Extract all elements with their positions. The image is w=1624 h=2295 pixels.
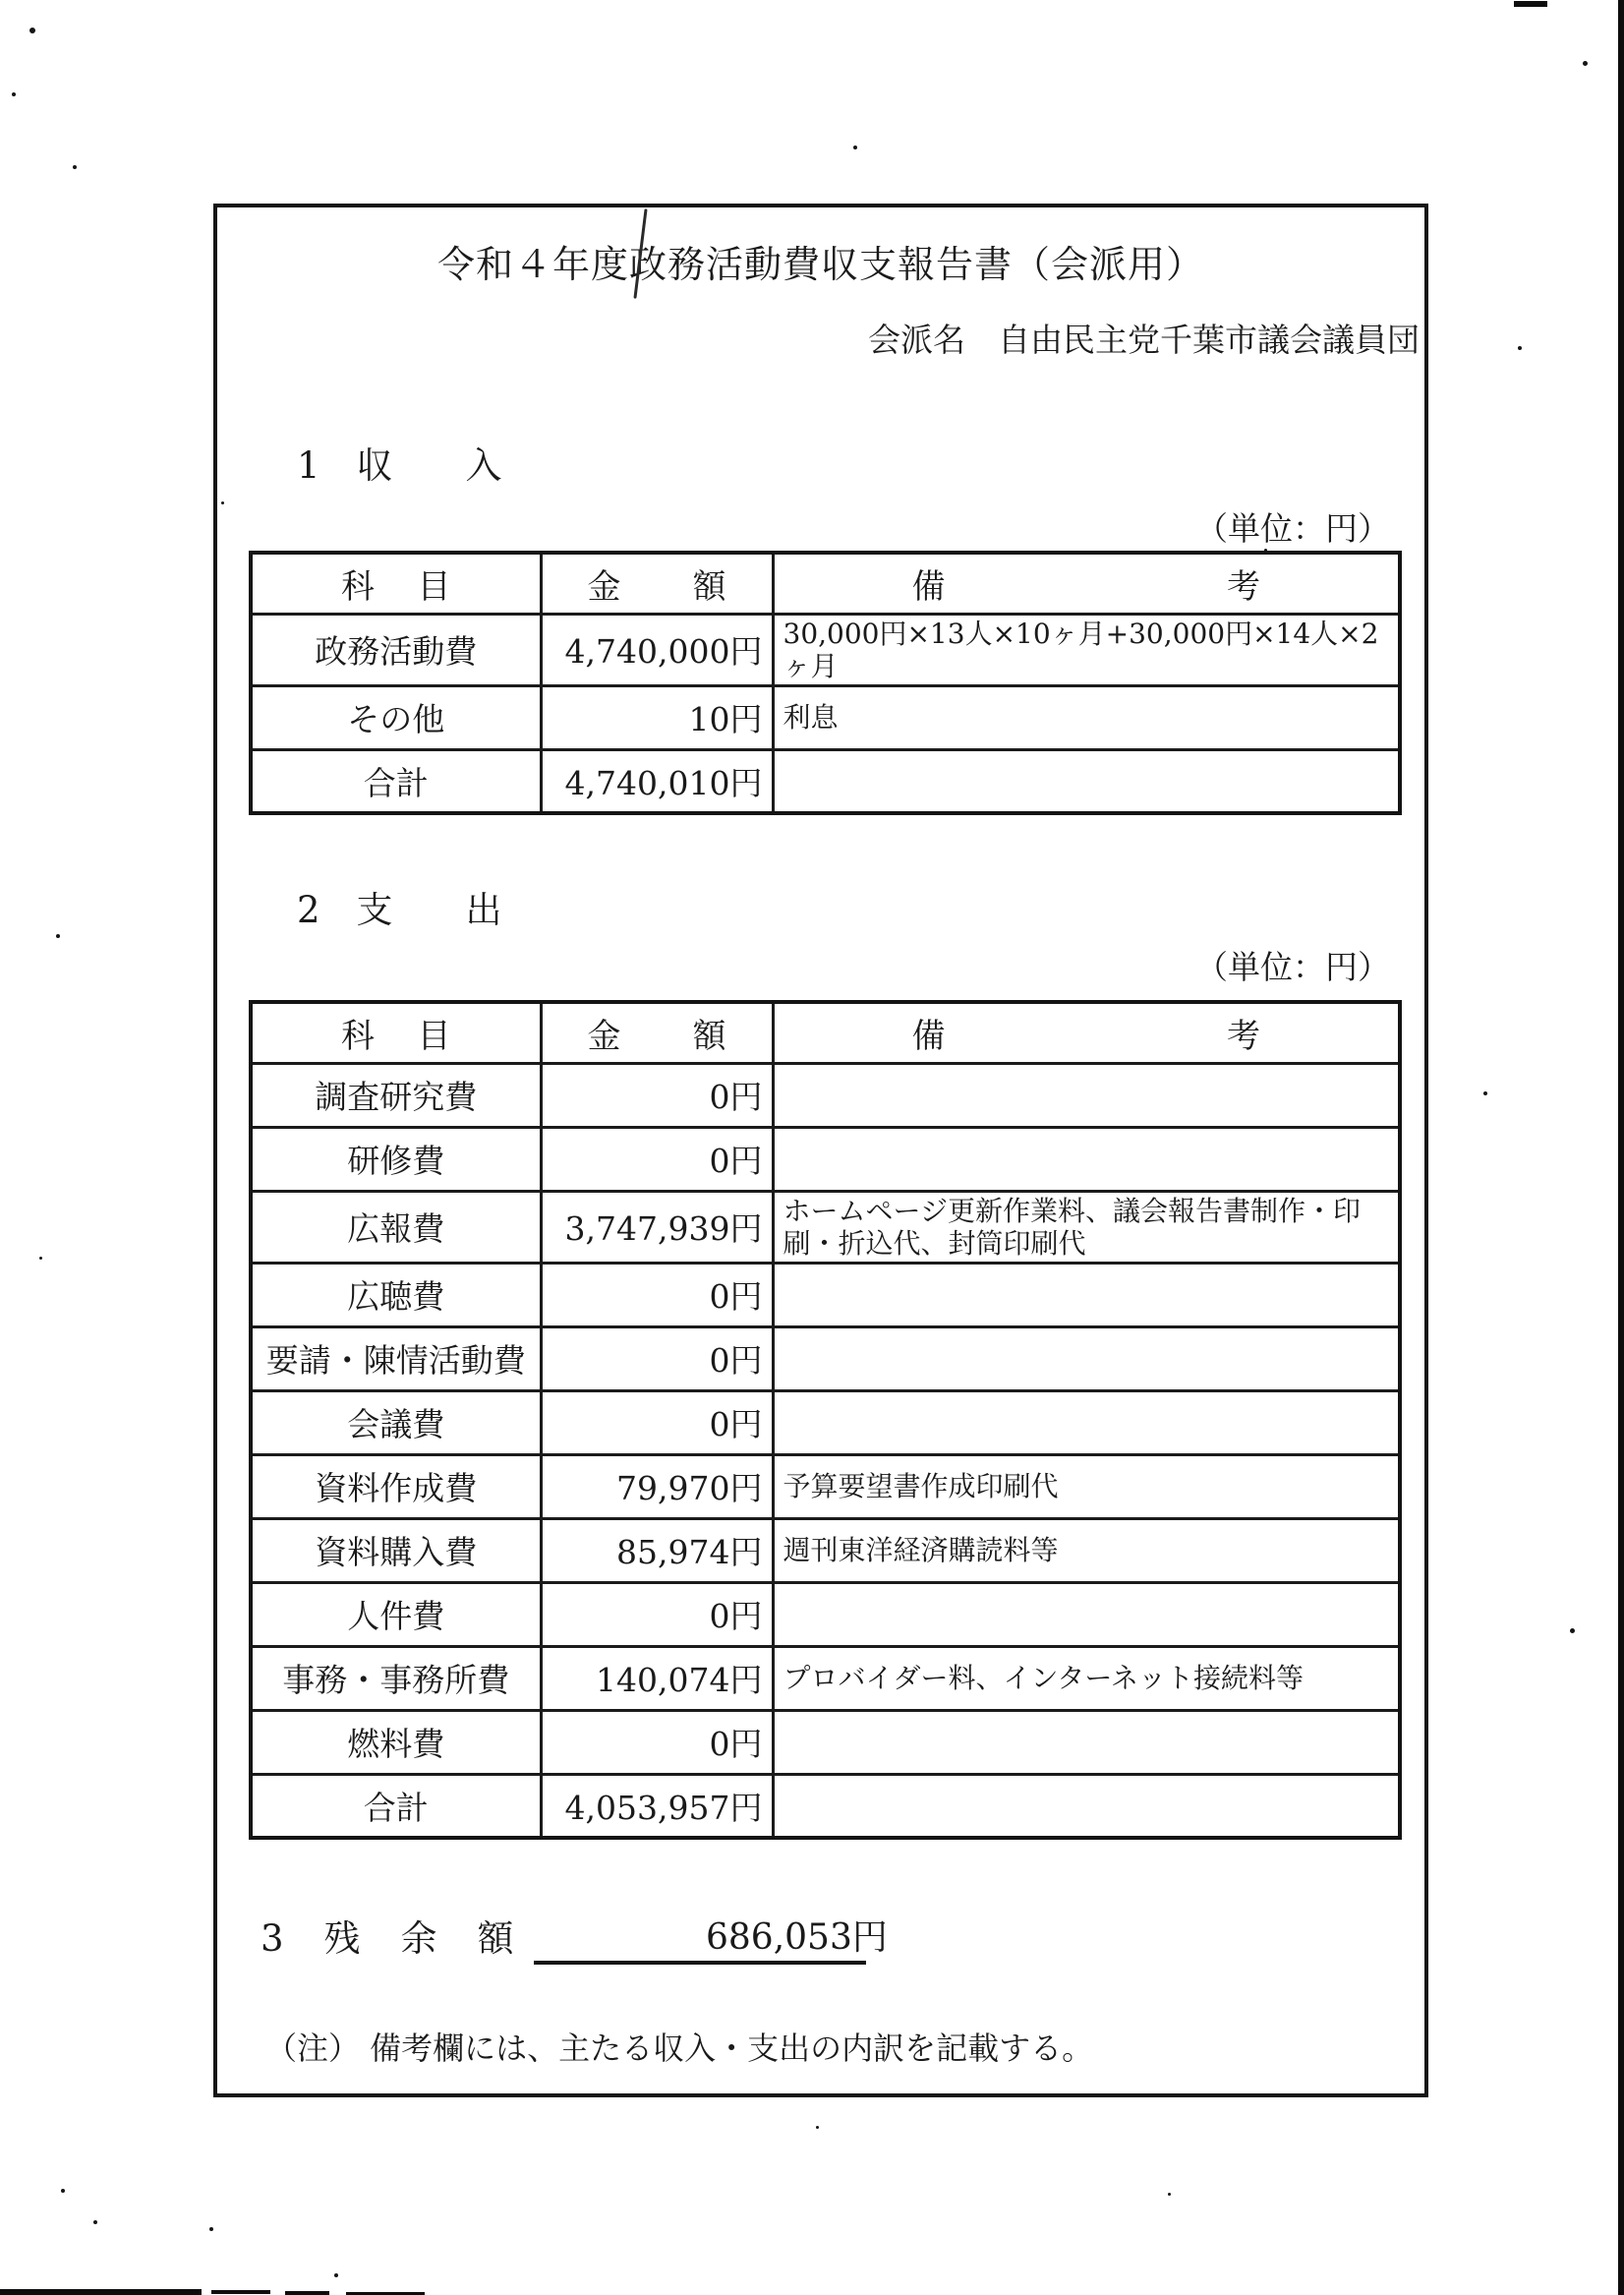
amount-cell: 140,074円 <box>541 1646 773 1710</box>
income-row: 政務活動費 4,740,000円 30,000円×13人×10ヶ月+30,000… <box>251 614 1400 685</box>
subject-cell: 資料購入費 <box>251 1518 541 1582</box>
remark-cell <box>773 1710 1400 1774</box>
expense-row: 要請・陳情活動費 0円 <box>251 1326 1400 1390</box>
amount-cell: 4,740,010円 <box>541 749 773 813</box>
subject-cell: 資料作成費 <box>251 1454 541 1518</box>
expense-col-amount: 金 額 <box>541 1002 773 1063</box>
expense-row: 人件費 0円 <box>251 1582 1400 1646</box>
document-title: 令和４年度政務活動費収支報告書（会派用） <box>213 243 1428 288</box>
subject-cell: 燃料費 <box>251 1710 541 1774</box>
section-heading-expense: 2 支 出 <box>297 880 502 933</box>
scan-speck <box>853 146 857 149</box>
scan-speck <box>61 2189 65 2193</box>
remark-cell: 30,000円×13人×10ヶ月+30,000円×14人×2ヶ月 <box>773 614 1400 685</box>
income-col-amount: 金 額 <box>541 553 773 614</box>
subject-cell: 広聴費 <box>251 1263 541 1326</box>
scan-speck <box>93 2220 97 2224</box>
subject-cell: 広報費 <box>251 1191 541 1263</box>
scan-speck <box>1168 2193 1171 2196</box>
expense-row: 資料購入費 85,974円 週刊東洋経済購読料等 <box>251 1518 1400 1582</box>
expense-row: 燃料費 0円 <box>251 1710 1400 1774</box>
expense-col-remark: 備 考 <box>773 1002 1400 1063</box>
scan-edge-dash <box>285 2291 329 2295</box>
expense-row: 広聴費 0円 <box>251 1263 1400 1326</box>
remark-cell: プロバイダー料、インターネット接続料等 <box>773 1646 1400 1710</box>
balance-underline <box>534 1961 866 1965</box>
expense-row: 研修費 0円 <box>251 1127 1400 1191</box>
scan-speck <box>1583 61 1588 66</box>
unit-label-income: （単位：円） <box>1195 503 1390 550</box>
scan-speck <box>73 165 77 169</box>
scan-speck <box>12 92 16 96</box>
remark-cell <box>773 1127 1400 1191</box>
balance-amount: 686,053円 <box>706 1910 888 1960</box>
income-row: その他 10円 利息 <box>251 685 1400 749</box>
scan-speck <box>29 28 35 33</box>
scan-speck <box>39 1257 42 1260</box>
expense-row: 会議費 0円 <box>251 1390 1400 1454</box>
footnote: （注） 備考欄には、主たる収入・支出の内訳を記載する。 <box>265 2024 1093 2069</box>
remark-cell: 利息 <box>773 685 1400 749</box>
subject-cell: 人件費 <box>251 1582 541 1646</box>
income-col-remark: 備 考 <box>773 553 1400 614</box>
amount-cell: 79,970円 <box>541 1454 773 1518</box>
amount-cell: 0円 <box>541 1582 773 1646</box>
income-col-subject: 科 目 <box>251 553 541 614</box>
section-heading-income: 1 収 入 <box>297 436 502 489</box>
income-table: 科 目 金 額 備 考 政務活動費 4,740,000円 30,000円×13人… <box>249 551 1402 815</box>
amount-cell: 0円 <box>541 1710 773 1774</box>
income-col-amount-label: 金 額 <box>543 559 772 608</box>
remark-cell: 予算要望書作成印刷代 <box>773 1454 1400 1518</box>
scan-speck <box>221 501 224 504</box>
remark-cell <box>773 1263 1400 1326</box>
income-header-row: 科 目 金 額 備 考 <box>251 553 1400 614</box>
scan-edge-dash <box>1514 1 1547 7</box>
scan-edge-bottom <box>0 2289 202 2295</box>
expense-table: 科 目 金 額 備 考 調査研究費 0円 研修費 0円 広報費 3,747,93… <box>249 1000 1402 1840</box>
scan-speck <box>56 934 60 938</box>
subject-cell: 要請・陳情活動費 <box>251 1326 541 1390</box>
amount-cell: 4,740,000円 <box>541 614 773 685</box>
unit-label-expense: （単位：円） <box>1195 942 1390 988</box>
amount-cell: 3,747,939円 <box>541 1191 773 1263</box>
income-total-row: 合計 4,740,010円 <box>251 749 1400 813</box>
scan-speck <box>1518 346 1522 350</box>
faction-name-line: 会派名 自由民主党千葉市議会議員団 <box>868 315 1420 361</box>
scan-speck <box>334 2273 338 2277</box>
subject-cell: 会議費 <box>251 1390 541 1454</box>
expense-col-amount-label: 金 額 <box>543 1009 772 1057</box>
scan-edge-dash <box>211 2290 270 2294</box>
remark-cell: 週刊東洋経済購読料等 <box>773 1518 1400 1582</box>
amount-cell: 0円 <box>541 1127 773 1191</box>
amount-cell: 0円 <box>541 1063 773 1127</box>
remark-cell <box>773 1326 1400 1390</box>
amount-cell: 0円 <box>541 1390 773 1454</box>
subject-cell: 調査研究費 <box>251 1063 541 1127</box>
subject-cell: 合計 <box>251 749 541 813</box>
remark-cell: ホームページ更新作業料、議会報告書制作・印刷・折込代、封筒印刷代 <box>773 1191 1400 1263</box>
subject-cell: 政務活動費 <box>251 614 541 685</box>
remark-cell <box>773 1063 1400 1127</box>
scan-speck <box>1483 1091 1487 1095</box>
scan-speck <box>1264 549 1267 552</box>
expense-row: 調査研究費 0円 <box>251 1063 1400 1127</box>
scan-speck <box>816 2126 819 2129</box>
expense-col-subject: 科 目 <box>251 1002 541 1063</box>
income-col-remark-label: 備 考 <box>775 559 1399 608</box>
amount-cell: 85,974円 <box>541 1518 773 1582</box>
subject-cell: その他 <box>251 685 541 749</box>
remark-cell <box>773 1774 1400 1838</box>
subject-cell: 事務・事務所費 <box>251 1646 541 1710</box>
expense-row: 事務・事務所費 140,074円 プロバイダー料、インターネット接続料等 <box>251 1646 1400 1710</box>
amount-cell: 0円 <box>541 1263 773 1326</box>
subject-cell: 合計 <box>251 1774 541 1838</box>
expense-row: 広報費 3,747,939円 ホームページ更新作業料、議会報告書制作・印刷・折込… <box>251 1191 1400 1263</box>
remark-cell <box>773 1390 1400 1454</box>
expense-total-row: 合計 4,053,957円 <box>251 1774 1400 1838</box>
amount-cell: 10円 <box>541 685 773 749</box>
amount-cell: 0円 <box>541 1326 773 1390</box>
expense-header-row: 科 目 金 額 備 考 <box>251 1002 1400 1063</box>
section-heading-balance: 3 残 余 額 <box>261 1909 516 1962</box>
expense-col-remark-label: 備 考 <box>775 1009 1399 1057</box>
remark-cell <box>773 1582 1400 1646</box>
scan-speck <box>1570 1628 1575 1633</box>
income-col-subject-label: 科 目 <box>253 559 540 608</box>
remark-cell <box>773 749 1400 813</box>
scan-edge-right <box>1618 0 1624 2295</box>
amount-cell: 4,053,957円 <box>541 1774 773 1838</box>
expense-col-subject-label: 科 目 <box>253 1009 540 1057</box>
subject-cell: 研修費 <box>251 1127 541 1191</box>
scan-speck <box>209 2227 213 2231</box>
expense-row: 資料作成費 79,970円 予算要望書作成印刷代 <box>251 1454 1400 1518</box>
